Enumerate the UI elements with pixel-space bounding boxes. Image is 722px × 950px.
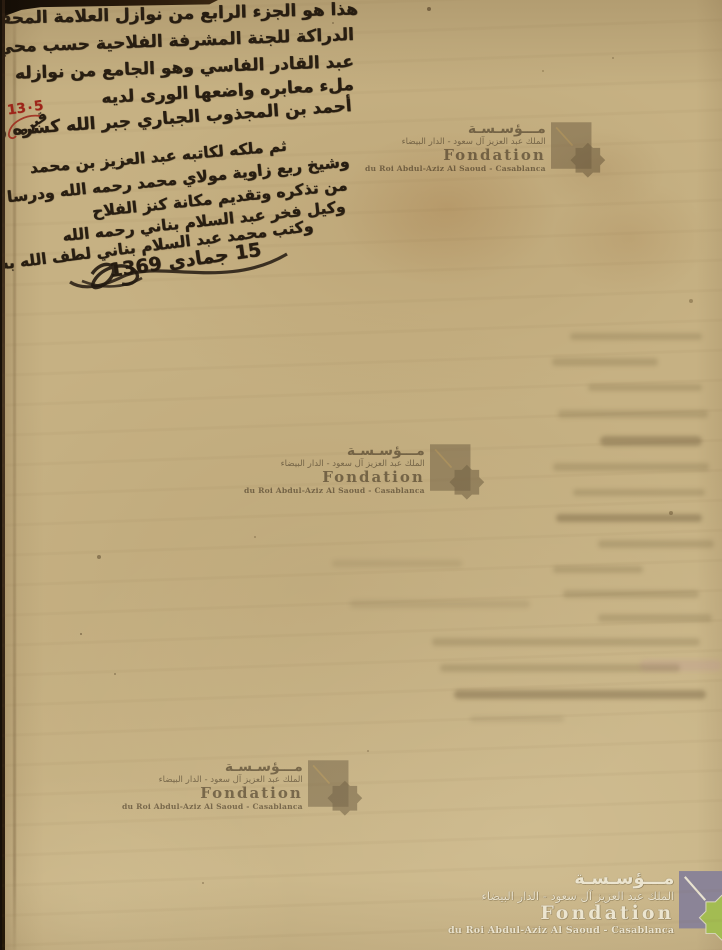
signature-flourish — [62, 248, 312, 298]
ink-bleed-mark — [563, 590, 699, 598]
foundation-logo-icon — [679, 870, 722, 946]
red-ink-flourish — [4, 112, 46, 142]
watermark-french-name: Fondation — [200, 786, 303, 802]
manuscript-scan: هذا هو الجزء الرابع من نوازل العلامة الم… — [0, 0, 722, 950]
handwriting-line: الدراكة للجنة المشرفة الفلاحية حسب محي ب… — [6, 25, 354, 57]
watermark-french-name: Fondation — [443, 148, 546, 164]
ink-bleed-mark — [470, 716, 564, 722]
ink-bleed-mark — [600, 436, 702, 446]
page-edge-left — [2, 0, 5, 950]
watermark-french-subtitle: du Roi Abdul-Aziz Al Saoud - Casablanca — [122, 802, 303, 813]
ink-bleed-mark — [570, 333, 702, 340]
ink-bleed-mark — [573, 489, 705, 496]
ink-bleed-mark — [553, 463, 709, 471]
ink-bleed-mark — [440, 664, 680, 672]
watermark-french-name: Fondation — [540, 904, 674, 924]
foundation-watermark: مـــؤسـسـة الملك عبد العزيز آل سعود - ال… — [365, 122, 613, 188]
ink-bleed-mark — [432, 638, 700, 646]
watermark-arabic-name: مـــؤسـسـة — [225, 760, 303, 775]
ink-bleed-mark — [598, 540, 714, 548]
ink-bleed-mark — [454, 690, 706, 699]
watermark-french-name: Fondation — [322, 470, 425, 486]
ink-bleed-mark — [552, 358, 658, 366]
watermark-arabic-name: مـــؤسـسـة — [574, 870, 674, 889]
logo-star-icon — [570, 143, 605, 178]
foundation-logo-icon — [551, 122, 613, 188]
watermark-french-subtitle: du Roi Abdul-Aziz Al Saoud - Casablanca — [365, 164, 546, 175]
logo-star-icon — [449, 465, 484, 500]
ink-bleed-mark — [598, 614, 712, 622]
manuscript-page: هذا هو الجزء الرابع من نوازل العلامة الم… — [2, 0, 722, 950]
watermark-french-subtitle: du Roi Abdul-Aziz Al Saoud - Casablanca — [244, 486, 425, 497]
watermark-arabic-name: مـــؤسـسـة — [347, 444, 425, 459]
foundation-watermark: مـــؤسـسـة الملك عبد العزيز آل سعود - ال… — [122, 760, 370, 826]
ink-bleed-mark — [558, 410, 708, 418]
foundation-logo-icon — [430, 444, 492, 510]
ink-bleed-mark — [332, 560, 462, 567]
foundation-logo-icon — [308, 760, 370, 826]
ink-bleed-mark — [350, 600, 530, 608]
foundation-watermark: مـــؤسـسـة الملك عبد العزيز آل سعود - ال… — [244, 444, 492, 510]
logo-star-icon — [327, 781, 362, 816]
watermark-french-subtitle: du Roi Abdul-Aziz Al Saoud - Casablanca — [448, 924, 674, 937]
ink-bleed-mark — [553, 566, 643, 573]
watermark-arabic-name: مـــؤسـسـة — [468, 122, 546, 137]
ink-bleed-mark — [556, 514, 702, 522]
ink-bleed-mark — [588, 384, 702, 391]
foundation-logo-stamp: مـــؤسـسـة الملك عبد العزيز آل سعود - ال… — [448, 870, 722, 946]
